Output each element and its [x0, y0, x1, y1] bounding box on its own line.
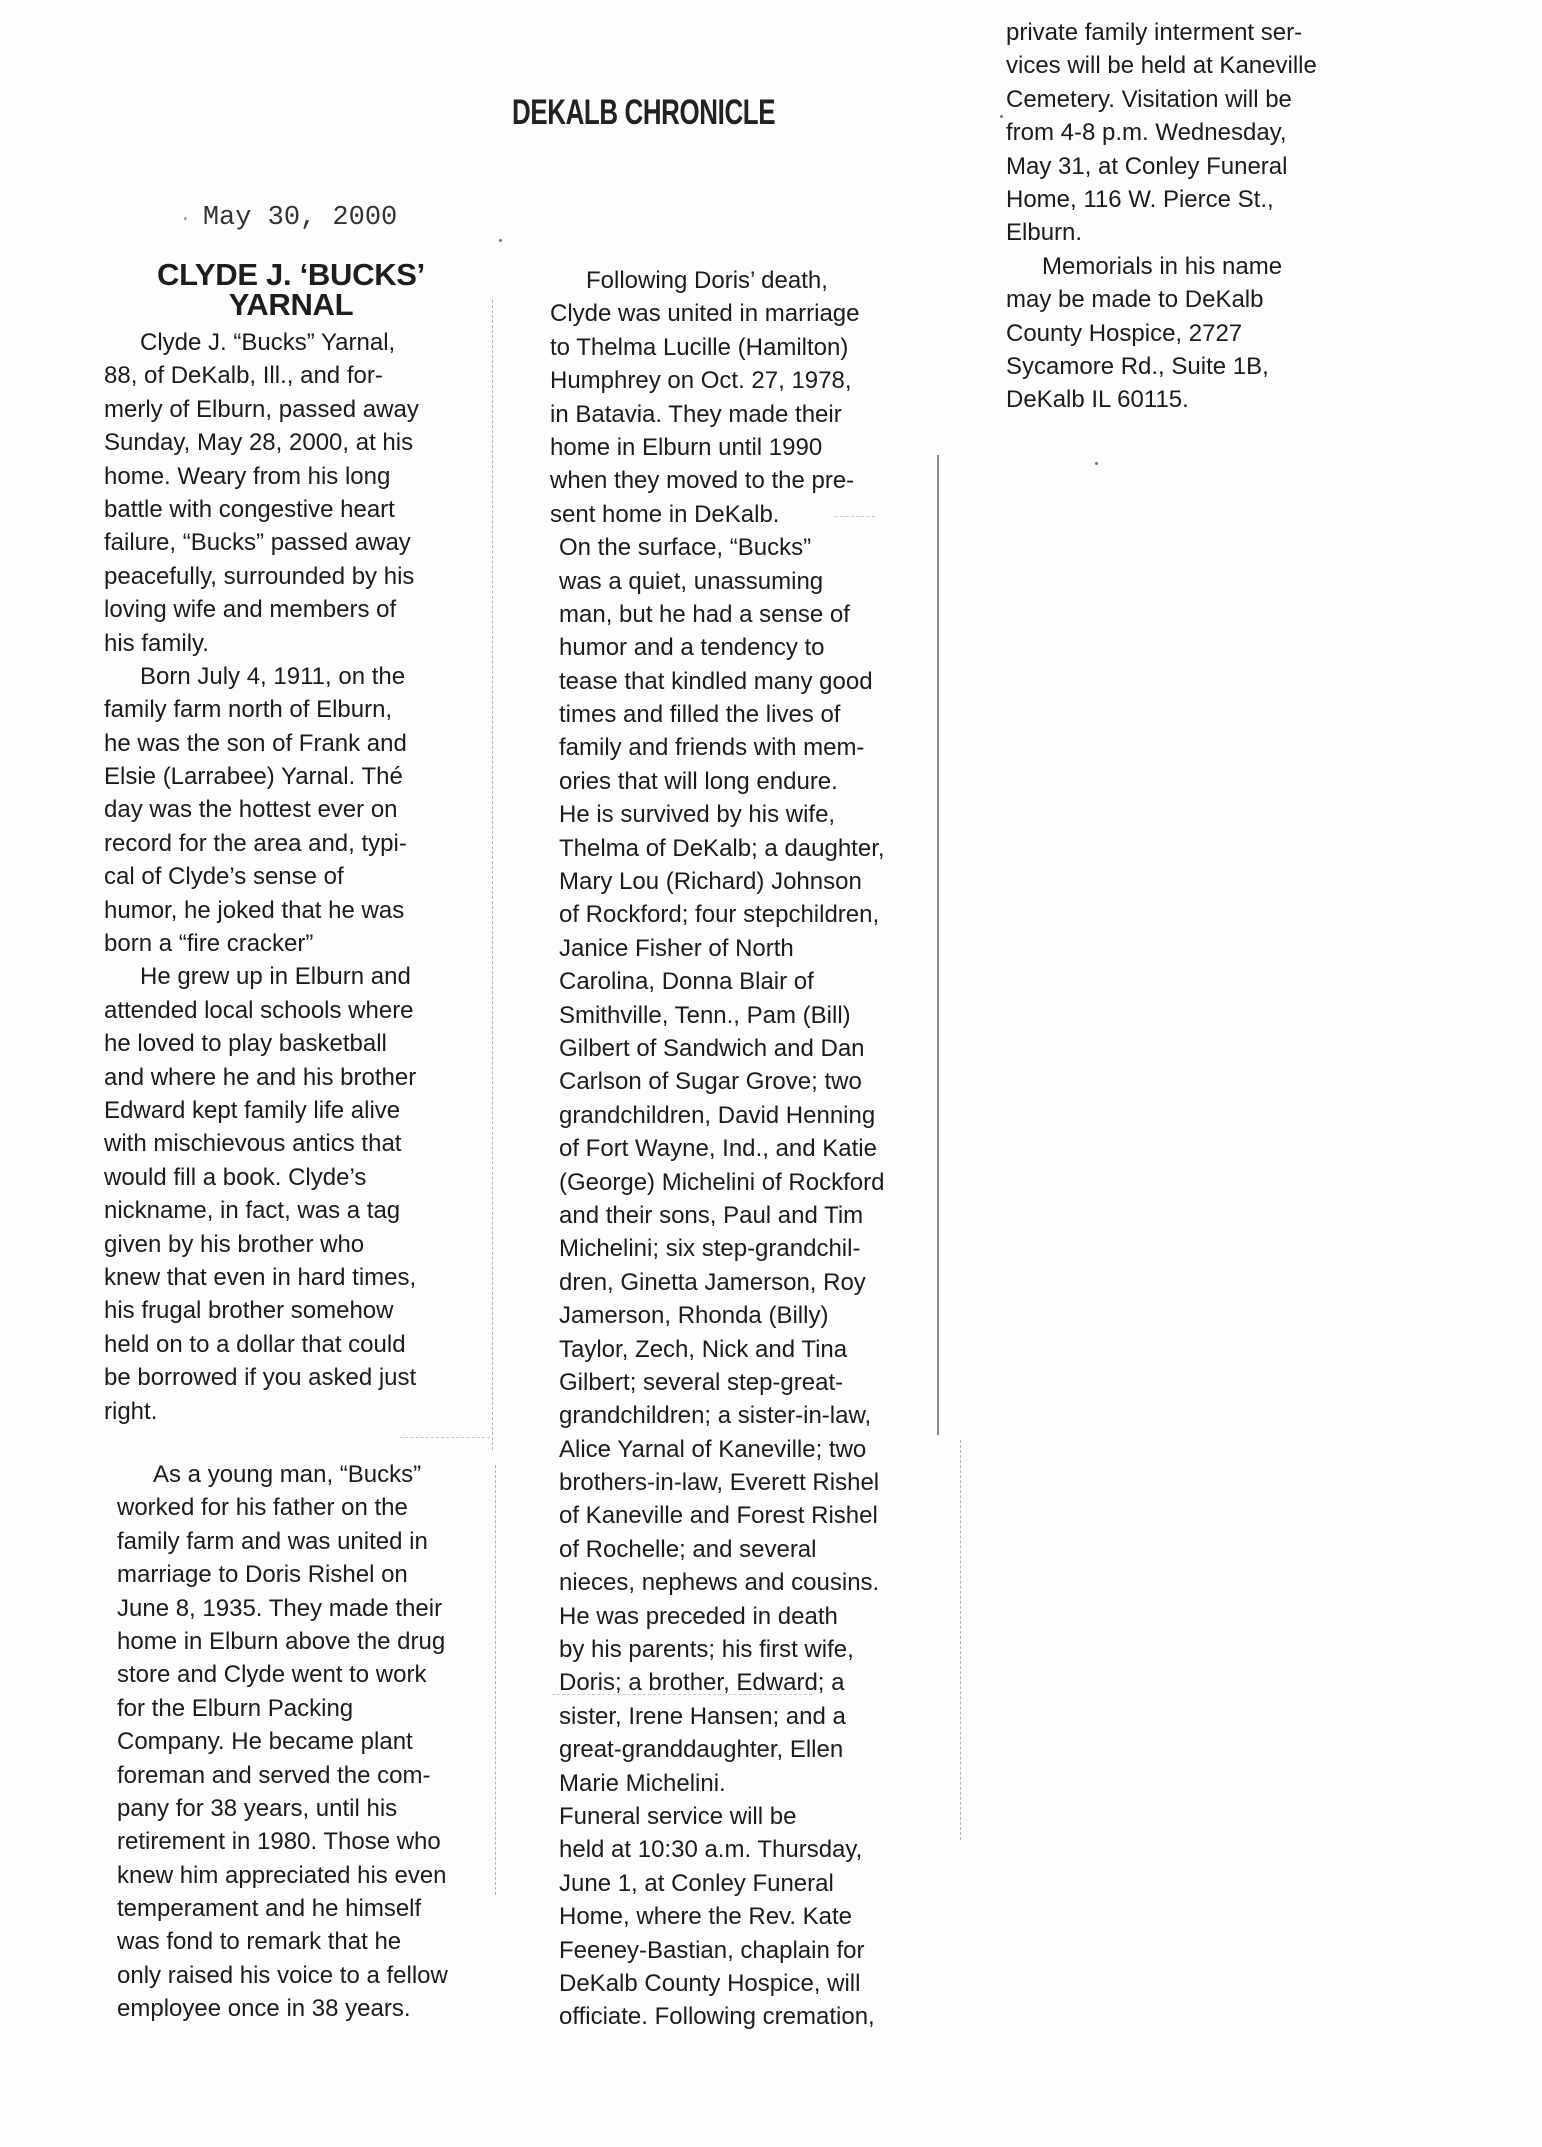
text-line: ories that will long endure.: [550, 765, 885, 798]
separator-line: [400, 1437, 490, 1438]
text-line: worked for his father on the: [117, 1491, 448, 1524]
text-line: On the surface, “Bucks”: [550, 531, 885, 564]
text-line: his family.: [104, 627, 419, 660]
text-line: officiate. Following cremation,: [550, 2000, 885, 2033]
text-line: Taylor, Zech, Nick and Tina: [550, 1333, 885, 1366]
text-line: he loved to play basketball: [104, 1027, 419, 1060]
column-3: private family interment ser-vices will …: [1006, 16, 1317, 417]
column-rule-middle-lower: [960, 1440, 961, 1840]
text-line: Memorials in his name: [1006, 250, 1317, 283]
text-line: grandchildren, David Henning: [550, 1099, 885, 1132]
text-line: Born July 4, 1911, on the: [104, 660, 419, 693]
text-line: As a young man, “Bucks”: [117, 1458, 448, 1491]
text-line: Company. He became plant: [117, 1725, 448, 1758]
text-line: Janice Fisher of North: [550, 932, 885, 965]
text-line: Funeral service will be: [550, 1800, 885, 1833]
text-line: He was preceded in death: [550, 1600, 885, 1633]
text-line: store and Clyde went to work: [117, 1658, 448, 1691]
text-line: employee once in 38 years.: [117, 1992, 448, 2025]
text-line: may be made to DeKalb: [1006, 283, 1317, 316]
text-line: Home, where the Rev. Kate: [550, 1900, 885, 1933]
text-line: family and friends with mem-: [550, 731, 885, 764]
text-line: given by his brother who: [104, 1228, 419, 1261]
scan-speck: [1095, 462, 1098, 465]
scan-speck: [1000, 115, 1003, 118]
text-line: humor and a tendency to: [550, 631, 885, 664]
text-line: retirement in 1980. Those who: [117, 1825, 448, 1858]
text-line: Marie Michelini.: [550, 1767, 885, 1800]
text-line: Elsie (Larrabee) Yarnal. Thé: [104, 760, 419, 793]
text-line: temperament and he himself: [117, 1892, 448, 1925]
text-line: private family interment ser-: [1006, 16, 1317, 49]
text-line: June 8, 1935. They made their: [117, 1592, 448, 1625]
text-line: pany for 38 years, until his: [117, 1792, 448, 1825]
text-line: was fond to remark that he: [117, 1925, 448, 1958]
text-line: of Rochelle; and several: [550, 1533, 885, 1566]
text-line: Alice Yarnal of Kaneville; two: [550, 1433, 885, 1466]
scan-speck: [499, 239, 502, 242]
publication-date-text: May 30, 2000: [203, 203, 397, 233]
text-line: Elburn.: [1006, 216, 1317, 249]
text-line: Humphrey on Oct. 27, 1978,: [550, 364, 885, 397]
text-line: Edward kept family life alive: [104, 1094, 419, 1127]
text-line: DeKalb County Hospice, will: [550, 1967, 885, 2000]
text-line: would fill a book. Clyde’s: [104, 1161, 419, 1194]
text-line: humor, he joked that he was: [104, 894, 419, 927]
text-line: Carolina, Donna Blair of: [550, 965, 885, 998]
text-line: great-granddaughter, Ellen: [550, 1733, 885, 1766]
text-line: brothers-in-law, Everett Rishel: [550, 1466, 885, 1499]
column-1-block-1: Clyde J. “Bucks” Yarnal,88, of DeKalb, I…: [104, 326, 419, 1428]
text-line: family farm north of Elburn,: [104, 693, 419, 726]
text-line: tease that kindled many good: [550, 665, 885, 698]
publication-date: ·May 30, 2000: [180, 203, 397, 233]
newspaper-clipping-page: DEKALB CHRONICLE ·May 30, 2000 CLYDE J. …: [0, 0, 1542, 2147]
separator-line-col2-upper: [835, 516, 875, 517]
text-line: in Batavia. They made their: [550, 398, 885, 431]
text-line: Gilbert; several step-great-: [550, 1366, 885, 1399]
text-line: held at 10:30 a.m. Thursday,: [550, 1833, 885, 1866]
text-line: and where he and his brother: [104, 1061, 419, 1094]
text-line: man, but he had a sense of: [550, 598, 885, 631]
text-line: Mary Lou (Richard) Johnson: [550, 865, 885, 898]
headline-line-1: CLYDE J. ‘BUCKS’: [105, 260, 477, 290]
text-line: merly of Elburn, passed away: [104, 393, 419, 426]
column-1-block-2: As a young man, “Bucks”worked for his fa…: [117, 1458, 448, 2026]
text-line: 88, of DeKalb, Ill., and for-: [104, 359, 419, 392]
text-line: home in Elburn above the drug: [117, 1625, 448, 1658]
text-line: battle with congestive heart: [104, 493, 419, 526]
newspaper-masthead: DEKALB CHRONICLE: [512, 93, 775, 133]
text-line: He grew up in Elburn and: [104, 960, 419, 993]
text-line: home in Elburn until 1990: [550, 431, 885, 464]
text-line: record for the area and, typi-: [104, 827, 419, 860]
column-rule-left: [492, 300, 493, 1450]
text-line: knew that even in hard times,: [104, 1261, 419, 1294]
text-line: vices will be held at Kaneville: [1006, 49, 1317, 82]
text-line: County Hospice, 2727: [1006, 317, 1317, 350]
text-line: sent home in DeKalb.: [550, 498, 885, 531]
text-line: loving wife and members of: [104, 593, 419, 626]
text-line: right.: [104, 1395, 419, 1428]
text-line: (George) Michelini of Rockford: [550, 1166, 885, 1199]
text-line: dren, Ginetta Jamerson, Roy: [550, 1266, 885, 1299]
text-line: his frugal brother somehow: [104, 1294, 419, 1327]
text-line: only raised his voice to a fellow: [117, 1959, 448, 1992]
text-line: nickname, in fact, was a tag: [104, 1194, 419, 1227]
text-line: Home, 116 W. Pierce St.,: [1006, 183, 1317, 216]
text-line: Feeney-Bastian, chaplain for: [550, 1934, 885, 1967]
text-line: Clyde was united in marriage: [550, 297, 885, 330]
text-line: by his parents; his first wife,: [550, 1633, 885, 1666]
text-line: of Rockford; four stepchildren,: [550, 898, 885, 931]
text-line: when they moved to the pre-: [550, 464, 885, 497]
text-line: DeKalb IL 60115.: [1006, 383, 1317, 416]
text-line: June 1, at Conley Funeral: [550, 1867, 885, 1900]
text-line: knew him appreciated his even: [117, 1859, 448, 1892]
text-line: he was the son of Frank and: [104, 727, 419, 760]
text-line: family farm and was united in: [117, 1525, 448, 1558]
text-line: be borrowed if you asked just: [104, 1361, 419, 1394]
text-line: foreman and served the com-: [117, 1759, 448, 1792]
text-line: from 4-8 p.m. Wednesday,: [1006, 116, 1317, 149]
text-line: He is survived by his wife,: [550, 798, 885, 831]
text-line: Following Doris’ death,: [550, 264, 885, 297]
text-line: Michelini; six step-grandchil-: [550, 1232, 885, 1265]
column-rule-left-lower: [495, 1465, 496, 1895]
text-line: Sunday, May 28, 2000, at his: [104, 426, 419, 459]
text-line: Jamerson, Rhonda (Billy): [550, 1299, 885, 1332]
text-line: peacefully, surrounded by his: [104, 560, 419, 593]
text-line: was a quiet, unassuming: [550, 565, 885, 598]
text-line: born a “fire cracker”: [104, 927, 419, 960]
text-line: May 31, at Conley Funeral: [1006, 150, 1317, 183]
text-line: grandchildren; a sister-in-law,: [550, 1399, 885, 1432]
text-line: and their sons, Paul and Tim: [550, 1199, 885, 1232]
text-line: held on to a dollar that could: [104, 1328, 419, 1361]
text-line: to Thelma Lucille (Hamilton): [550, 331, 885, 364]
text-line: marriage to Doris Rishel on: [117, 1558, 448, 1591]
text-line: Clyde J. “Bucks” Yarnal,: [104, 326, 419, 359]
text-line: attended local schools where: [104, 994, 419, 1027]
text-line: Sycamore Rd., Suite 1B,: [1006, 350, 1317, 383]
text-line: nieces, nephews and cousins.: [550, 1566, 885, 1599]
separator-line-col2: [552, 1694, 812, 1695]
scan-speck: ·: [180, 210, 191, 230]
text-line: Carlson of Sugar Grove; two: [550, 1065, 885, 1098]
text-line: Thelma of DeKalb; a daughter,: [550, 832, 885, 865]
text-line: home. Weary from his long: [104, 460, 419, 493]
column-rule-middle: [937, 455, 939, 1435]
text-line: Smithville, Tenn., Pam (Bill): [550, 999, 885, 1032]
text-line: Cemetery. Visitation will be: [1006, 83, 1317, 116]
text-line: of Fort Wayne, Ind., and Katie: [550, 1132, 885, 1165]
text-line: failure, “Bucks” passed away: [104, 526, 419, 559]
headline-line-2: YARNAL: [105, 290, 477, 320]
text-line: of Kaneville and Forest Rishel: [550, 1499, 885, 1532]
text-line: for the Elburn Packing: [117, 1692, 448, 1725]
text-line: with mischievous antics that: [104, 1127, 419, 1160]
text-line: sister, Irene Hansen; and a: [550, 1700, 885, 1733]
column-2: Following Doris’ death,Clyde was united …: [550, 264, 885, 2034]
text-line: times and filled the lives of: [550, 698, 885, 731]
text-line: cal of Clyde’s sense of: [104, 860, 419, 893]
text-line: Gilbert of Sandwich and Dan: [550, 1032, 885, 1065]
text-line: day was the hottest ever on: [104, 793, 419, 826]
obituary-headline: CLYDE J. ‘BUCKS’ YARNAL: [105, 260, 477, 320]
